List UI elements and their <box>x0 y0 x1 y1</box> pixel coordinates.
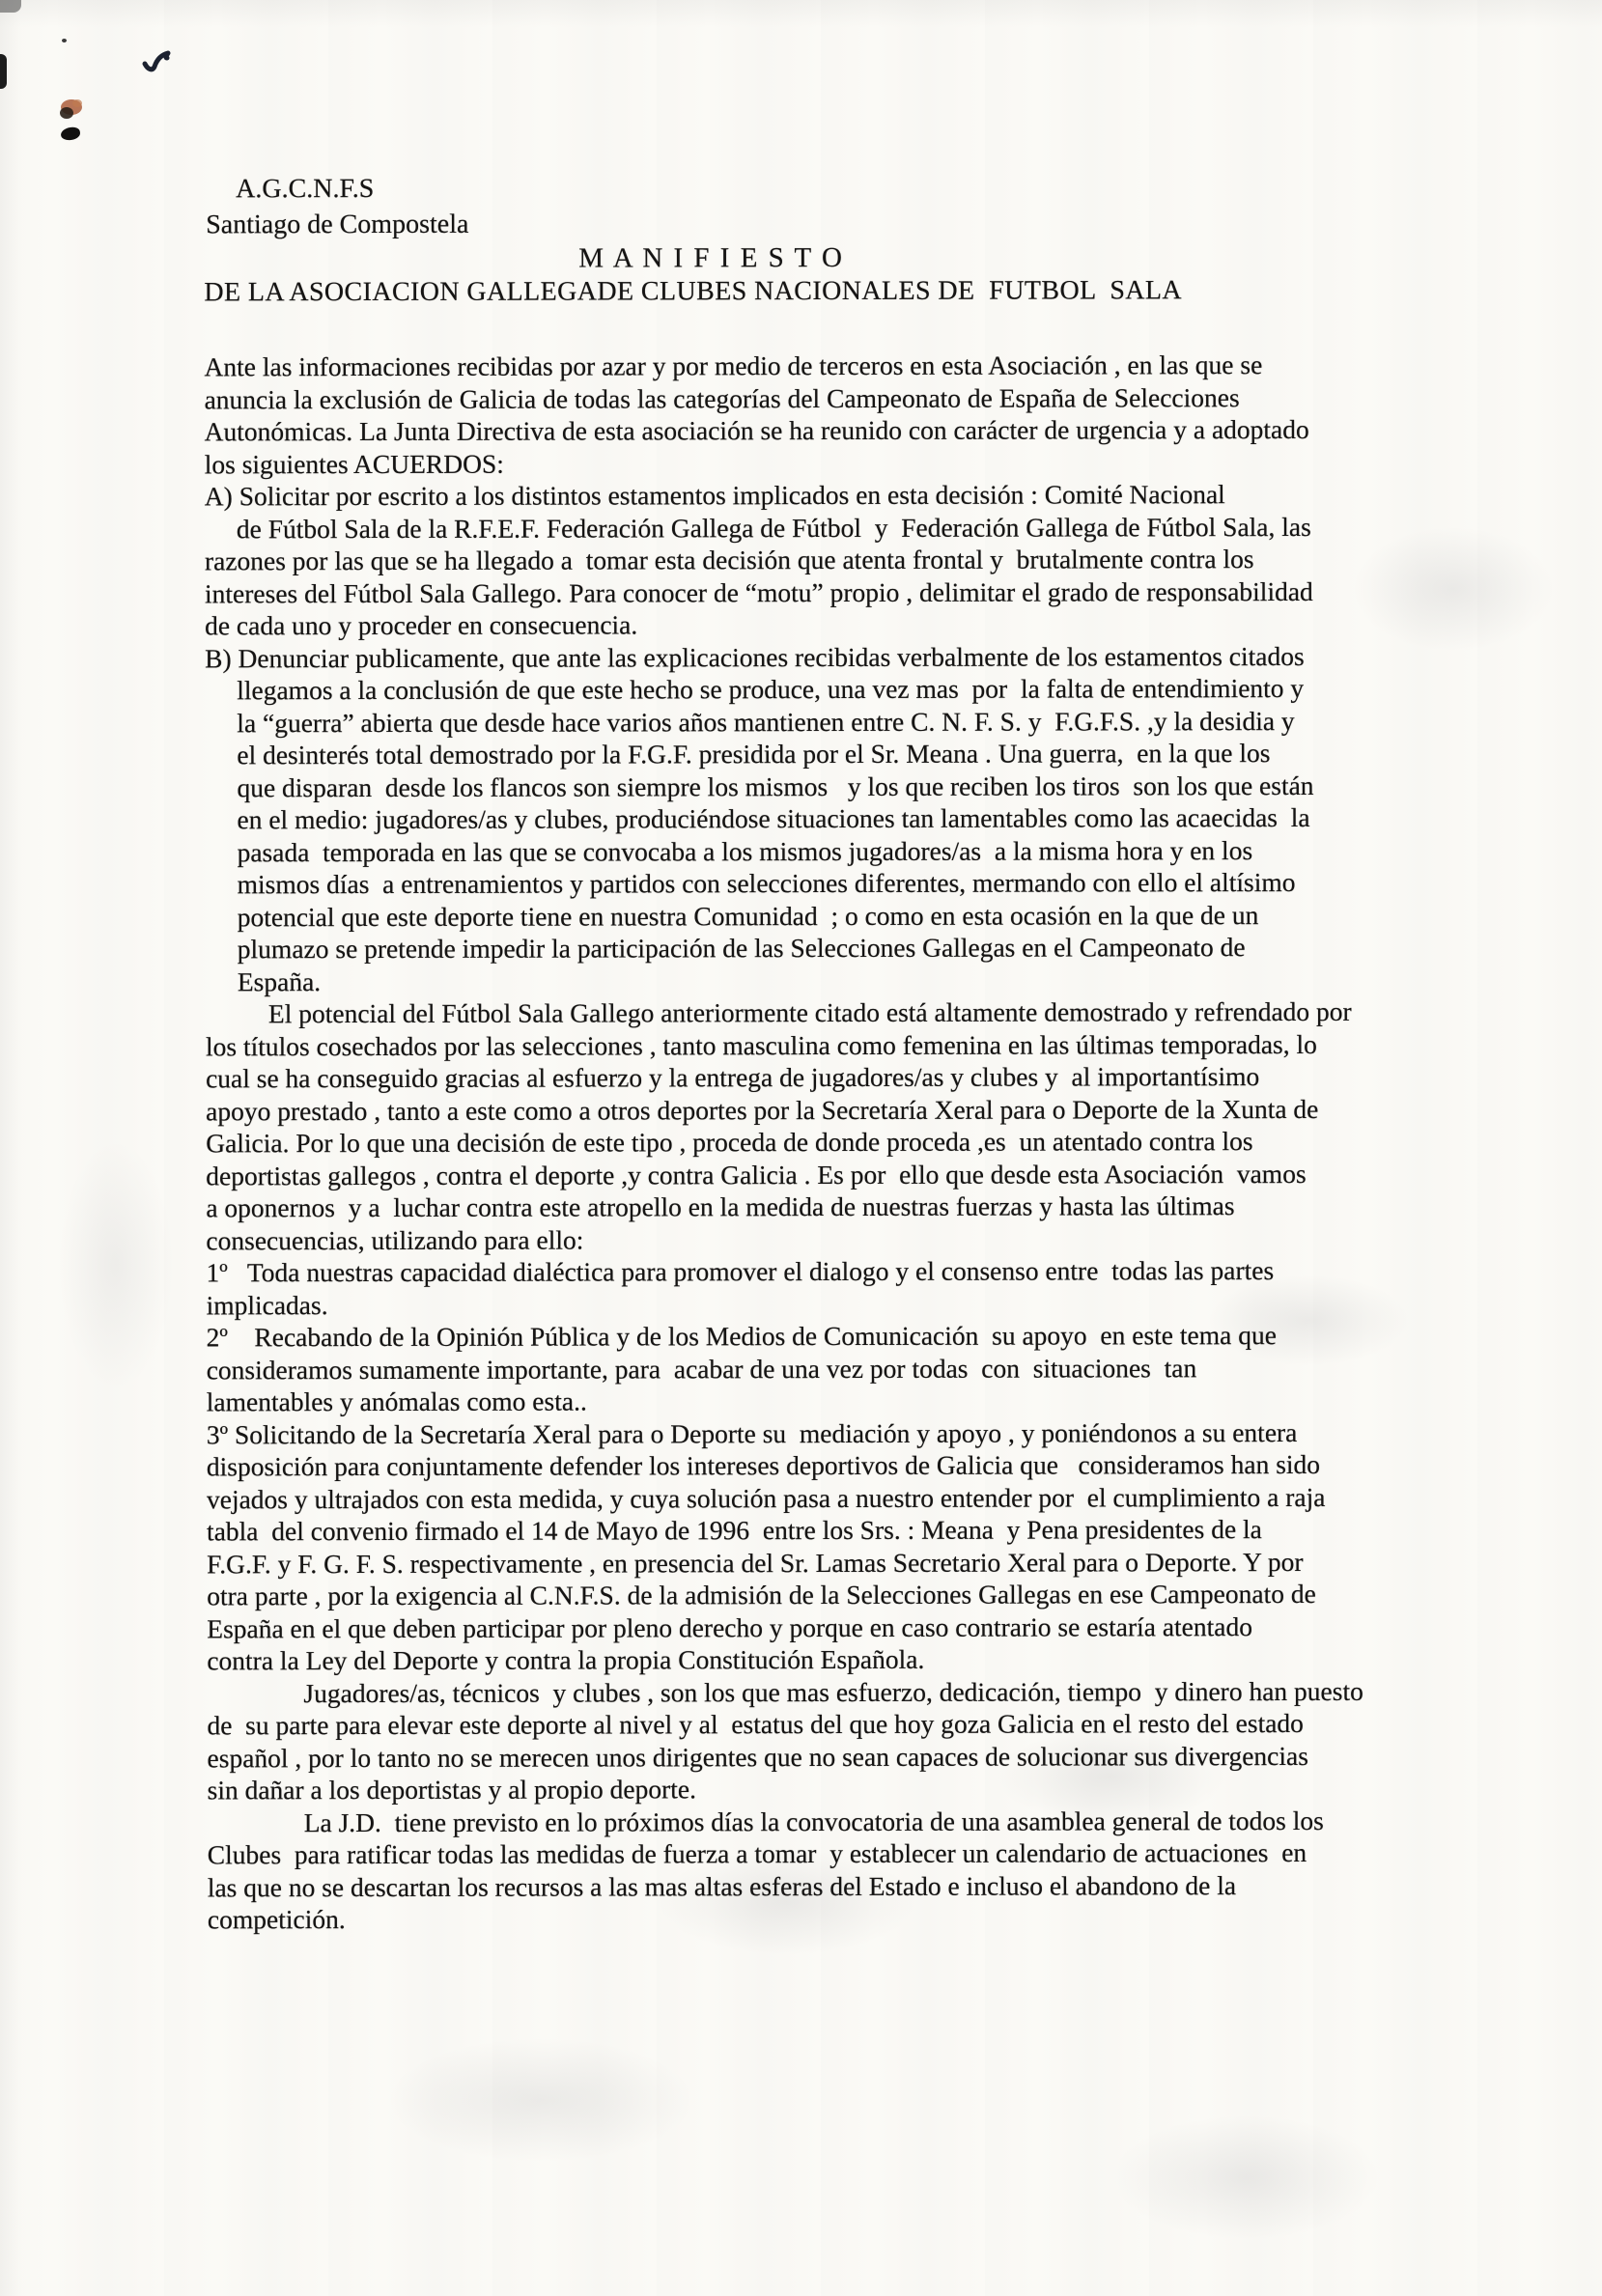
text-line: a oponernos y a luchar contra este atrop… <box>206 1190 1461 1224</box>
red-ink-speck <box>58 96 89 123</box>
text-line: Ante las informaciones recibidas por aza… <box>204 349 1459 383</box>
scan-edge-artifact <box>0 54 7 89</box>
text-line: la “guerra” abierta que desde hace vario… <box>205 704 1460 739</box>
paragraph-punto-2: 2º Recabando de la Opinión Pública y de … <box>207 1319 1462 1418</box>
text-line: consecuencias, utilizando para ello: <box>206 1221 1461 1256</box>
text-line: El potencial del Fútbol Sala Gallego ant… <box>206 995 1461 1030</box>
scan-smudge <box>58 1139 174 1390</box>
text-line: de su parte para elevar este deporte al … <box>207 1707 1462 1742</box>
text-line: A) Solicitar por escrito a los distintos… <box>205 478 1460 513</box>
document-body: Ante las informaciones recibidas por aza… <box>204 349 1462 1936</box>
text-line: La J.D. tiene previsto en lo próximos dí… <box>208 1804 1463 1838</box>
text-line: los siguientes ACUERDOS: <box>205 445 1460 480</box>
paragraph-intro: Ante las informaciones recibidas por aza… <box>204 349 1459 481</box>
text-line: consideramos sumamente importante, para … <box>207 1351 1462 1386</box>
paragraph-punto-3: 3º Solicitando de la Secretaría Xeral pa… <box>207 1415 1463 1677</box>
text-line: Clubes para ratificar todas las medidas … <box>208 1836 1463 1871</box>
text-line: razones por las que se ha llegado a toma… <box>205 543 1460 577</box>
pen-mark-icon <box>141 48 174 79</box>
text-line: Galicia. Por lo que una decisión de este… <box>206 1125 1461 1160</box>
paragraph-cierre: La J.D. tiene previsto en lo próximos dí… <box>208 1804 1463 1936</box>
scan-smudge <box>386 2037 695 2163</box>
text-line: tabla del convenio firmado el 14 de Mayo… <box>207 1513 1462 1548</box>
text-line: anuncia la exclusión de Galicia de todas… <box>205 380 1460 415</box>
paragraph-jugadores: Jugadores/as, técnicos y clubes , son lo… <box>207 1674 1462 1806</box>
text-line: los títulos cosechados por las seleccion… <box>206 1027 1461 1062</box>
text-line: otra parte , por la exigencia al C.N.F.S… <box>207 1578 1462 1612</box>
scan-smudge <box>1110 2114 1381 2240</box>
paragraph-acuerdo-b: B) Denunciar publicamente, que ante las … <box>205 639 1461 997</box>
text-line: potencial que este deporte tiene en nues… <box>206 898 1461 933</box>
text-line: España en el que deben participar por pl… <box>207 1610 1462 1644</box>
text-line: español , por lo tanto no se merecen uno… <box>207 1739 1462 1774</box>
text-line: de cada uno y proceder en consecuencia. <box>205 607 1460 642</box>
text-line: vejados y ultrajados con esta medida, y … <box>207 1480 1462 1515</box>
paragraph-acuerdo-a: A) Solicitar por escrito a los distintos… <box>205 478 1460 642</box>
text-line: 1º Toda nuestras capacidad dialéctica pa… <box>206 1254 1461 1289</box>
text-line: sin dañar a los deportistas y al propio … <box>208 1772 1463 1806</box>
text-line: deportistas gallegos , contra el deporte… <box>206 1157 1461 1191</box>
text-line: mismos días a entrenamientos y partidos … <box>206 866 1461 901</box>
document-subtitle: DE LA ASOCIACION GALLEGADE CLUBES NACION… <box>204 273 1459 310</box>
text-line: contra la Ley del Deporte y contra la pr… <box>207 1642 1462 1677</box>
text-line: que disparan desde los flancos son siemp… <box>205 769 1460 803</box>
text-line: las que no se descartan los recursos a l… <box>208 1868 1463 1903</box>
document-title: M A N I F I E S T O <box>204 240 1459 276</box>
text-line: competición. <box>208 1901 1463 1936</box>
text-line: F.G.F. y F. G. F. S. respectivamente , e… <box>207 1545 1462 1580</box>
text-line: implicadas. <box>207 1286 1462 1321</box>
paragraph-punto-1: 1º Toda nuestras capacidad dialéctica pa… <box>206 1254 1461 1322</box>
text-line: de Fútbol Sala de la R.F.E.F. Federación… <box>205 510 1460 545</box>
text-line: en el medio: jugadores/as y clubes, prod… <box>205 801 1460 836</box>
text-line: apoyo prestado , tanto a este como a otr… <box>206 1092 1461 1127</box>
text-line: B) Denunciar publicamente, que ante las … <box>205 639 1460 674</box>
ink-blob <box>60 126 81 142</box>
text-line: llegamos a la conclusión de que este hec… <box>205 672 1460 707</box>
text-line: Jugadores/as, técnicos y clubes , son lo… <box>207 1674 1462 1709</box>
text-line: España. <box>206 963 1461 997</box>
document-content: A.G.C.N.F.S Santiago de Compostela M A N… <box>204 169 1463 1936</box>
ink-speck <box>62 39 67 42</box>
org-name: A.G.C.N.F.S <box>204 169 1459 208</box>
text-line: cual se ha conseguido gracias al esfuerz… <box>206 1060 1461 1095</box>
text-line: 2º Recabando de la Opinión Pública y de … <box>207 1319 1462 1354</box>
text-line: plumazo se pretende impedir la participa… <box>206 931 1461 966</box>
text-line: el desinterés total demostrado por la F.… <box>205 737 1460 771</box>
scan-edge-artifact <box>0 0 21 13</box>
text-line: 3º Solicitando de la Secretaría Xeral pa… <box>207 1415 1462 1450</box>
text-line: disposición para conjuntamente defender … <box>207 1448 1462 1483</box>
scanned-page: A.G.C.N.F.S Santiago de Compostela M A N… <box>0 0 1602 2296</box>
text-line: Autonómicas. La Junta Directiva de esta … <box>205 413 1460 448</box>
paragraph-potencial: El potencial del Fútbol Sala Gallego ant… <box>206 995 1462 1257</box>
text-line: lamentables y anómalas como esta.. <box>207 1384 1462 1418</box>
org-city: Santiago de Compostela <box>204 205 1459 243</box>
text-line: pasada temporada en las que se convocaba… <box>206 833 1461 868</box>
text-line: intereses del Fútbol Sala Gallego. Para … <box>205 574 1460 609</box>
